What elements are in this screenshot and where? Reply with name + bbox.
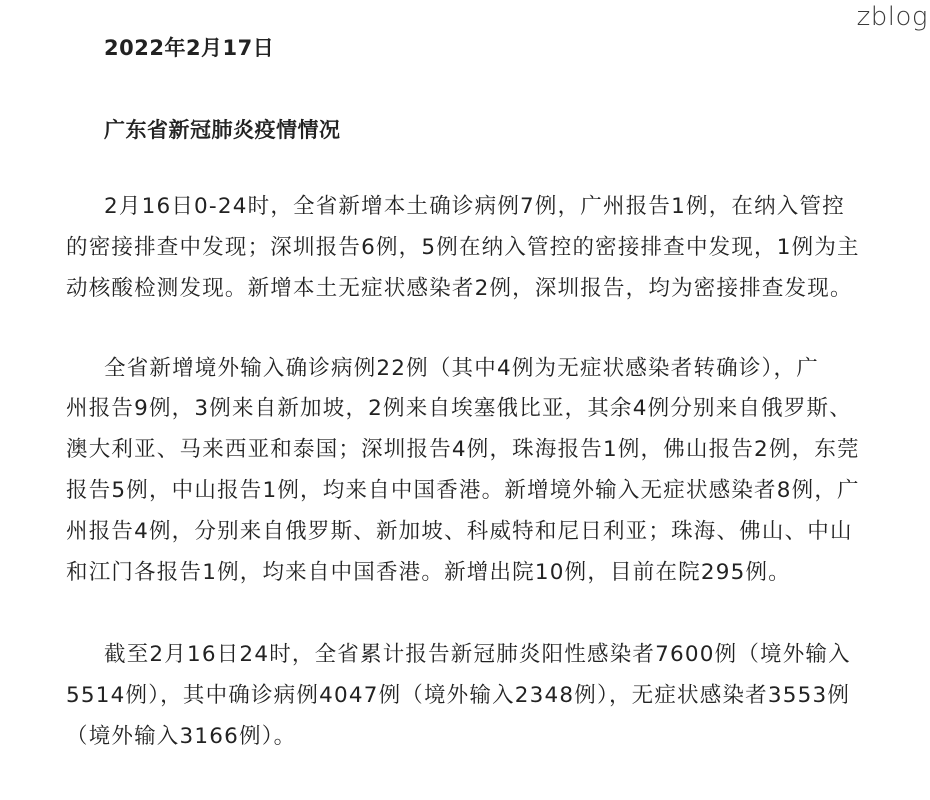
paragraph-line: 和江门各报告1例，均来自中国香港。新增出院10例，目前在院295例。: [66, 559, 791, 587]
watermark: zblog: [857, 2, 928, 32]
paragraph-line: 2月16日0-24时，全省新增本土确诊病例7例，广州报告1例，在纳入管控: [104, 193, 845, 221]
paragraph-line: 全省新增境外输入确诊病例22例（其中4例为无症状感染者转确诊），广: [104, 355, 819, 383]
paragraph-line: 澳大利亚、马来西亚和泰国；深圳报告4例，珠海报告1例，佛山报告2例，东莞: [66, 436, 860, 464]
paragraph-line: 州报告4例，分别来自俄罗斯、新加坡、科威特和尼日利亚；珠海、佛山、中山: [66, 518, 853, 546]
paragraph-line: 的密接排查中发现；深圳报告6例，5例在纳入管控的密接排查中发现，1例为主: [66, 234, 860, 262]
document-title: 广东省新冠肺炎疫情情况: [104, 114, 341, 144]
document-date: 2022年2月17日: [104, 32, 274, 62]
paragraph-line: 报告5例，中山报告1例，均来自中国香港。新增境外输入无症状感染者8例，广: [66, 477, 860, 505]
paragraph-line: 动核酸检测发现。新增本土无症状感染者2例，深圳报告，均为密接排查发现。: [66, 275, 853, 303]
paragraph-line: 截至2月16日24时，全省累计报告新冠肺炎阳性感染者7600例（境外输入: [104, 641, 851, 669]
paragraph-line: （境外输入3166例）。: [66, 723, 296, 751]
paragraph-line: 州报告9例，3例来自新加坡，2例来自埃塞俄比亚，其余4例分别来自俄罗斯、: [66, 395, 852, 423]
paragraph-line: 5514例），其中确诊病例4047例（境外输入2348例），无症状感染者3553…: [66, 682, 850, 710]
